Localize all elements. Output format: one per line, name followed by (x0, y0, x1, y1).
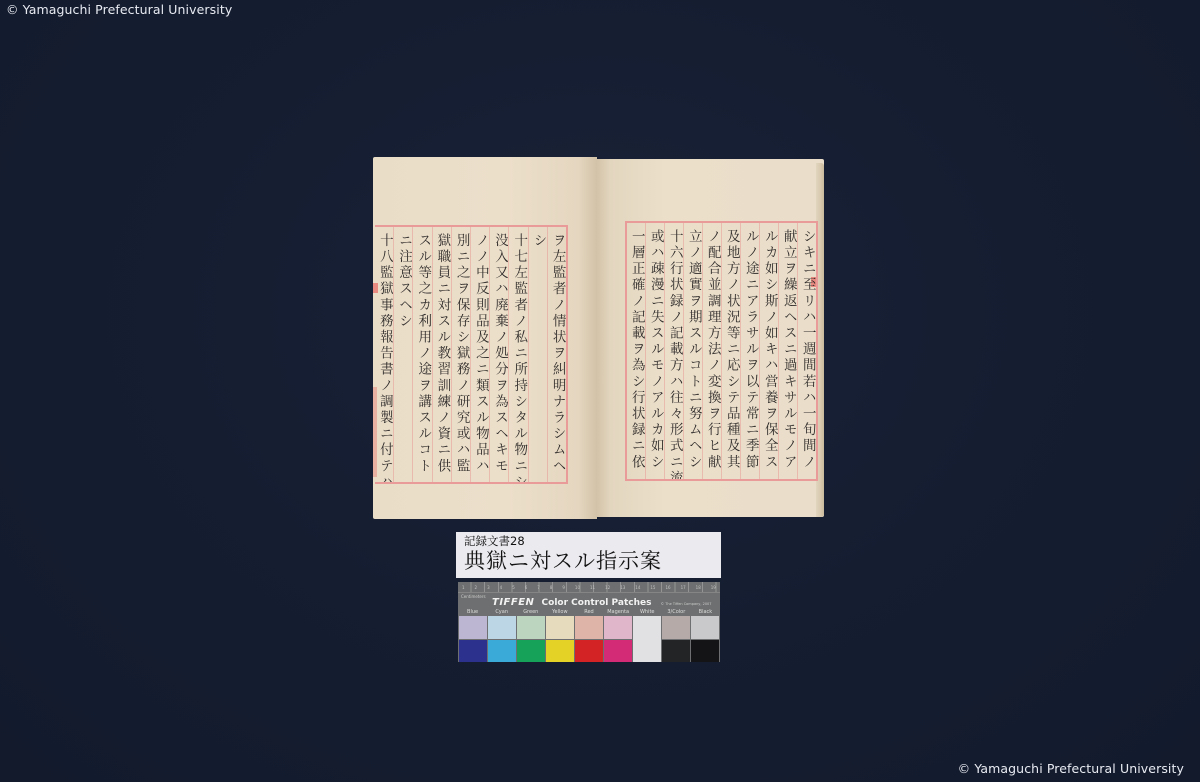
text-column: ノノ中反則品及之ニ類スル物品ハ (470, 227, 489, 482)
color-patch-3-color-light (662, 616, 690, 639)
column-text: 別ニ之ヲ保存シ獄務ノ研究或ハ監 (454, 233, 468, 475)
ruler-tick: 17 (681, 585, 686, 590)
ruler-tick: 11 (590, 585, 595, 590)
text-column: 一層正確ノ記載ヲ為シ行状録ニ依 (627, 223, 645, 479)
column-text: 立ノ適實ヲ期スルコトニ努ムヘシ (686, 229, 700, 471)
column-text: 及地方ノ状況等ニ応シテ品種及其 (724, 229, 738, 471)
text-column: 別ニ之ヲ保存シ獄務ノ研究或ハ監 (451, 227, 470, 482)
ruler-tick: 6 (525, 585, 528, 590)
ruler-tick: 9 (562, 585, 565, 590)
document-code: 記録文書28 (464, 535, 721, 548)
column-text: 一層正確ノ記載ヲ為シ行状録ニ依 (629, 229, 643, 471)
text-column: シキニ至リハ一週間若ハ一旬間ノ (797, 223, 816, 479)
column-text: スル等之カ利用ノ途ヲ講スルコト (416, 233, 430, 475)
ruler-tick: 5 (512, 585, 515, 590)
text-column: 立ノ適實ヲ期スルコトニ努ムヘシ (683, 223, 702, 479)
color-patch-red-dark (575, 640, 603, 663)
column-text: 或ハ疎漫ニ失スルモノアルカ如シ (648, 229, 662, 471)
color-patch-white-light (633, 616, 661, 662)
column-text: 十六行状録ノ記載方ハ往々形式ニ流レ (667, 229, 681, 479)
color-patch-black-dark (691, 640, 719, 663)
ruler-tick: 14 (635, 585, 640, 590)
chart-copyright: © The Tiffen Company, 2007 (661, 602, 712, 606)
color-patch-grid (458, 615, 720, 662)
ruler: 12345678910111213141516171819 (458, 582, 720, 593)
text-column: ニ注意スヘシ (393, 227, 412, 482)
text-column: 或ハ疎漫ニ失スルモノアルカ如シ (645, 223, 664, 479)
color-patch-black-light (691, 616, 719, 639)
ruler-tick: 3 (487, 585, 490, 590)
column-text: シキニ至リハ一週間若ハ一旬間ノ (800, 229, 814, 471)
color-control-chart: 12345678910111213141516171819 Centimeter… (458, 582, 720, 662)
copyright-credit-bottom: © Yamaguchi Prefectural University (958, 761, 1184, 776)
color-patch-cyan-light (488, 616, 516, 639)
text-column: 十八監獄事務報告書ノ調製ニ付テハ它 (375, 227, 393, 482)
text-column: 没入又ハ廃棄ノ処分ヲ為スヘキモ (489, 227, 508, 482)
copyright-credit-top: © Yamaguchi Prefectural University (6, 2, 232, 17)
column-text: ノノ中反則品及之ニ類スル物品ハ (473, 233, 487, 475)
text-column: ルノ途ニアラサルヲ以テ常ニ季節 (740, 223, 759, 479)
ruler-tick: 2 (475, 585, 478, 590)
ruler-tick: 16 (665, 585, 670, 590)
color-patch-3-color-dark (662, 640, 690, 663)
column-text: ルノ途ニアラサルヲ以テ常ニ季節 (743, 229, 757, 471)
ruler-tick: 8 (550, 585, 553, 590)
open-document-book: ヲ左監者ノ情状ヲ糾明ナラシムヘ シ 十七左監者ノ私ニ所持シタル物ニシテ 没入又ハ… (373, 157, 830, 519)
tiffen-logo: TIFFEN (492, 597, 534, 608)
ruler-tick: 7 (537, 585, 540, 590)
color-patch-magenta-light (604, 616, 632, 639)
ruler-tick: 12 (605, 585, 610, 590)
column-text: 獄職員ニ対スル教習訓練ノ資ニ供 (435, 233, 449, 475)
ruler-tick-labels: 12345678910111213141516171819 (462, 585, 716, 590)
column-text: 十八監獄事務報告書ノ調製ニ付テハ它 (377, 233, 391, 482)
right-page: シキニ至リハ一週間若ハ一旬間ノ 献立ヲ繰返ヘスニ過キサルモノア ルカ如シ斯ノ如キ… (597, 159, 824, 517)
left-page: ヲ左監者ノ情状ヲ糾明ナラシムヘ シ 十七左監者ノ私ニ所持シタル物ニシテ 没入又ハ… (373, 157, 597, 519)
chart-name: Color Control Patches (542, 598, 652, 608)
ruler-tick: 13 (620, 585, 625, 590)
ruler-tick: 15 (650, 585, 655, 590)
text-column: 献立ヲ繰返ヘスニ過キサルモノア (778, 223, 797, 479)
text-column: ルカ如シ斯ノ如キハ営養ヲ保全ス (759, 223, 778, 479)
text-column: シ (528, 227, 547, 482)
right-page-ruled-frame: シキニ至リハ一週間若ハ一旬間ノ 献立ヲ繰返ヘスニ過キサルモノア ルカ如シ斯ノ如キ… (625, 221, 818, 481)
text-column: 十七左監者ノ私ニ所持シタル物ニシテ (508, 227, 527, 482)
ruler-tick: 4 (500, 585, 503, 590)
text-column: スル等之カ利用ノ途ヲ講スルコト (412, 227, 431, 482)
color-patch-green-light (517, 616, 545, 639)
chart-brand: TIFFEN Color Control Patches © The Tiffe… (492, 597, 712, 608)
column-text: ルカ如シ斯ノ如キハ営養ヲ保全ス (762, 229, 776, 471)
ruler-tick: 1 (462, 585, 465, 590)
color-patch-blue-dark (459, 640, 487, 663)
text-column: 及地方ノ状況等ニ応シテ品種及其 (721, 223, 740, 479)
text-column: 十六行状録ノ記載方ハ往々形式ニ流レ (664, 223, 683, 479)
color-patch-yellow-dark (546, 640, 574, 663)
column-text: 十七左監者ノ私ニ所持シタル物ニシテ (512, 233, 526, 482)
column-text: ニ注意スヘシ (397, 233, 411, 330)
color-patch-blue-light (459, 616, 487, 639)
column-text: シ (531, 233, 545, 249)
document-label-card: 記録文書28 典獄ニ対スル指示案 (456, 532, 721, 578)
centimeters-label: Centimeters (461, 594, 486, 599)
column-text: ヲ左監者ノ情状ヲ糾明ナラシムヘ (550, 233, 564, 475)
color-patch-magenta-dark (604, 640, 632, 663)
column-text: 没入又ハ廃棄ノ処分ヲ為スヘキモ (493, 233, 507, 475)
ruler-tick: 18 (696, 585, 701, 590)
color-patch-green-dark (517, 640, 545, 663)
color-patch-cyan-dark (488, 640, 516, 663)
column-text: 献立ヲ繰返ヘスニ過キサルモノア (781, 229, 795, 471)
document-title: 典獄ニ対スル指示案 (464, 548, 721, 574)
text-column: ノ配合並調理方法ノ変換ヲ行ヒ献 (702, 223, 721, 479)
ruler-tick: 19 (711, 585, 716, 590)
ruler-tick: 10 (575, 585, 580, 590)
color-patch-yellow-light (546, 616, 574, 639)
text-column: ヲ左監者ノ情状ヲ糾明ナラシムヘ (547, 227, 566, 482)
left-page-ruled-frame: ヲ左監者ノ情状ヲ糾明ナラシムヘ シ 十七左監者ノ私ニ所持シタル物ニシテ 没入又ハ… (375, 225, 568, 484)
column-text: ノ配合並調理方法ノ変換ヲ行ヒ献 (705, 229, 719, 471)
color-patch-red-light (575, 616, 603, 639)
text-column: 獄職員ニ対スル教習訓練ノ資ニ供 (432, 227, 451, 482)
